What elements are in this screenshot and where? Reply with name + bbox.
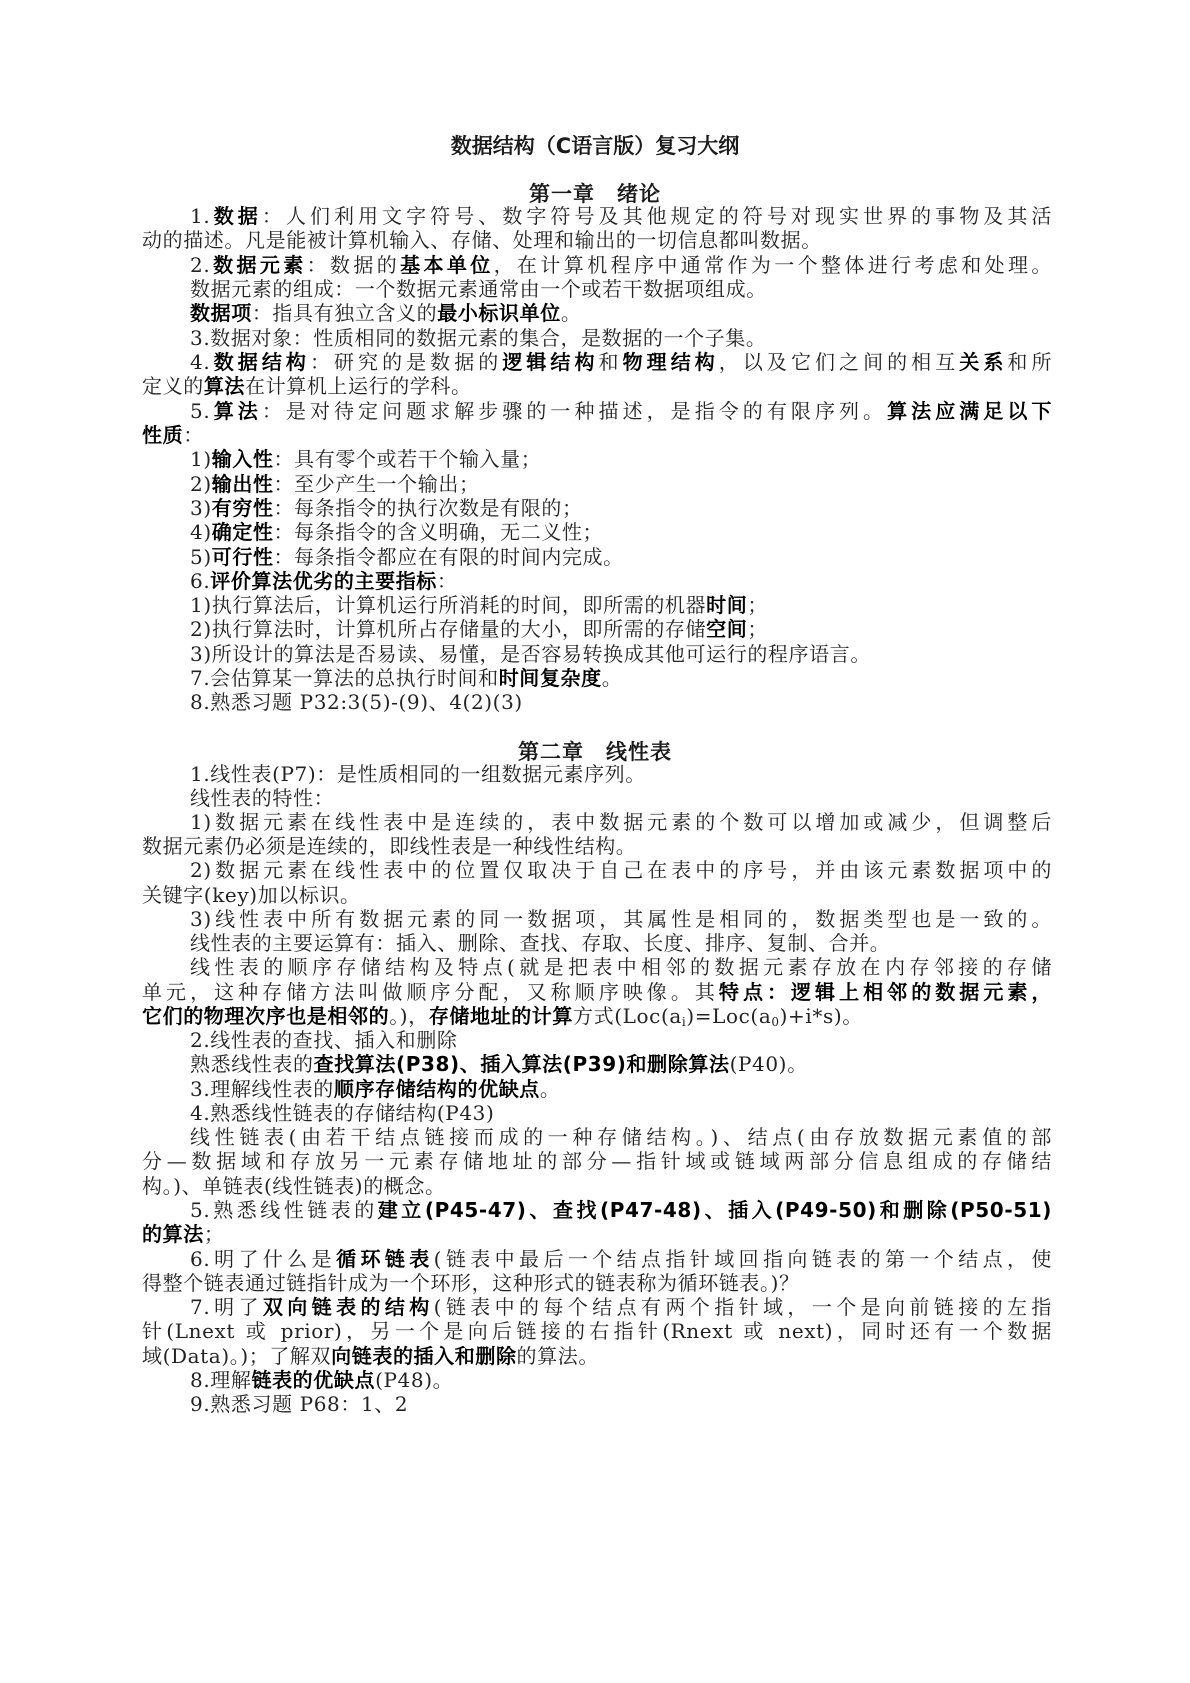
text-line: 1)数据元素在线性表中是连续的，表中数据元素的个数可以增加或减少，但调整后 xyxy=(190,810,1052,834)
text-line: 6.评价算法优劣的主要指标： xyxy=(190,569,1052,593)
text: 。)， xyxy=(389,1004,429,1028)
bold-text: 建立(P45-47)、查找(P47-48)、插入(P49-50)和删除(P50-… xyxy=(378,1198,1052,1222)
text: 数据元素仍必须是连续的，即线性表是一种线性结构。 xyxy=(142,834,636,858)
bold-text: 数据项 xyxy=(190,301,252,325)
text-line: 域(Data)。)；了解双向链表的插入和删除的算法。 xyxy=(142,1344,1052,1368)
text: 5. xyxy=(190,399,210,423)
bold-text: 有穷性 xyxy=(212,496,274,520)
text-line: 4.数据结构：研究的是数据的逻辑结构和物理结构，以及它们之间的相互关系和所 xyxy=(190,350,1052,374)
text-line: 5)可行性：每条指令都应在有限的时间内完成。 xyxy=(190,545,1052,569)
text: ：每条指令的执行次数是有限的； xyxy=(274,496,583,520)
bold-text: 时间 xyxy=(706,593,747,617)
text: 7.明了 xyxy=(190,1295,263,1319)
text: ：数据的 xyxy=(307,253,401,277)
text: 3)线性表中所有数据元素的同一数据项，其属性是相同的，数据类型也是一致的。 xyxy=(190,907,1052,931)
bold-text: 输入性 xyxy=(212,447,274,471)
text-line: 熟悉线性表的查找算法(P38)、插入算法(P39)和删除算法(P40)。 xyxy=(190,1052,1052,1076)
text: 4. xyxy=(190,350,210,374)
text: (P48)。 xyxy=(375,1368,453,1392)
text: 线性表的顺序存储结构及特点(就是把表中相邻的数据元素存放在内存邻接的存储 xyxy=(190,955,1052,979)
text-line: 单元，这种存储方法叫做顺序分配，又称顺序映像。其特点：逻辑上相邻的数据元素， xyxy=(142,980,1052,1004)
text: 6. xyxy=(190,569,210,593)
text-line: 针(Lnext 或 prior)，另一个是向后链接的右指针(Rnext 或 ne… xyxy=(142,1319,1052,1343)
bold-text: 它们的物理次序也是相邻的 xyxy=(142,1004,389,1028)
bold-text: 确定性 xyxy=(212,520,274,544)
text-line: 5.算法：是对待定问题求解步骤的一种描述，是指令的有限序列。算法应满足以下 xyxy=(190,399,1052,423)
text: 线性表的主要运算有：插入、删除、查找、存取、长度、排序、复制、合并。 xyxy=(190,931,890,955)
text: ，以及它们之间的相互 xyxy=(719,350,959,374)
text: 数据元素的组成：一个数据元素通常由一个或若干数据项组成。 xyxy=(190,277,767,301)
text: ； xyxy=(747,617,768,641)
text: ：研究的是数据的 xyxy=(310,350,502,374)
text: 5) xyxy=(190,545,212,569)
text-line: 8.熟悉习题 P32:3(5)-(9)、4(2)(3) xyxy=(190,690,1052,714)
text-line: 7.会估算某一算法的总执行时间和时间复杂度。 xyxy=(190,666,1052,690)
text: ：指具有独立含义的 xyxy=(252,301,437,325)
text: 9.熟悉习题 P68：1、2 xyxy=(190,1392,408,1416)
text: 和 xyxy=(599,350,623,374)
bold-text: 特点：逻辑上相邻的数据元素， xyxy=(719,980,1052,1004)
text: 构。)、单链表(线性链表)的概念。 xyxy=(142,1174,446,1198)
text-line: 线性表的顺序存储结构及特点(就是把表中相邻的数据元素存放在内存邻接的存储 xyxy=(190,955,1052,979)
text: 。 xyxy=(540,1077,561,1101)
text-line: 1.线性表(P7)：是性质相同的一组数据元素序列。 xyxy=(190,762,1052,786)
text: ：每条指令的含义明确，无二义性； xyxy=(274,520,604,544)
text-line: 8.理解链表的优缺点(P48)。 xyxy=(190,1368,1052,1392)
bold-text: 循环链表 xyxy=(336,1247,434,1271)
bold-text: 逻辑结构 xyxy=(502,350,598,374)
text-line: 9.熟悉习题 P68：1、2 xyxy=(190,1392,1052,1416)
text: 8.理解 xyxy=(190,1368,251,1392)
text: 针(Lnext 或 prior)，另一个是向后链接的右指针(Rnext 或 ne… xyxy=(142,1319,1052,1343)
text-line: 构。)、单链表(线性链表)的概念。 xyxy=(142,1174,1052,1198)
bold-text: 存储地址的计算 xyxy=(429,1004,573,1028)
bold-text: 链表的优缺点 xyxy=(251,1368,375,1392)
text: 6.明了什么是 xyxy=(190,1247,336,1271)
bold-text: 输出性 xyxy=(212,472,274,496)
text: ： xyxy=(437,569,458,593)
text: 5.熟悉线性链表的 xyxy=(190,1198,378,1222)
text: 和所 xyxy=(1007,350,1052,374)
text-line: 4.熟悉线性链表的存储结构(P43) xyxy=(190,1101,1052,1125)
text: 1. xyxy=(190,204,210,228)
bold-text: 顺序存储结构的优缺点 xyxy=(334,1077,540,1101)
text: 3.数据对象：性质相同的数据元素的集合，是数据的一个子集。 xyxy=(190,326,766,350)
text-line: 2)执行算法时，计算机所占存储量的大小，即所需的存储空间； xyxy=(190,617,1052,641)
text-line: 的算法； xyxy=(142,1222,1052,1246)
text: )=Loc(a xyxy=(686,1004,771,1028)
text-line: 3)有穷性：每条指令的执行次数是有限的； xyxy=(190,496,1052,520)
text-line: 1)输入性：具有零个或若干个输入量； xyxy=(190,447,1052,471)
text: 3.理解线性表的 xyxy=(190,1077,334,1101)
text: 7.会估算某一算法的总执行时间和 xyxy=(190,666,499,690)
text: 得整个链表通过链指针成为一个环形，这种形式的链表称为循环链表。)？ xyxy=(142,1271,800,1295)
text: 的算法。 xyxy=(517,1344,599,1368)
text-line: 线性链表(由若干结点链接而成的一种存储结构。)、结点(由存放数据元素值的部 xyxy=(190,1125,1052,1149)
text-line: 5.熟悉线性链表的建立(P45-47)、查找(P47-48)、插入(P49-50… xyxy=(190,1198,1052,1222)
bold-text: 向链表的插入和删除 xyxy=(331,1344,516,1368)
text-line: 1.数据：人们利用文字符号、数字符号及其他规定的符号对现实世界的事物及其活 xyxy=(190,204,1052,228)
text: 。 xyxy=(602,666,623,690)
text: )+i*s)。 xyxy=(780,1004,863,1028)
bold-text: 查找算法(P38)、插入算法(P39)和删除算法 xyxy=(314,1052,730,1076)
text: 线性链表(由若干结点链接而成的一种存储结构。)、结点(由存放数据元素值的部 xyxy=(190,1125,1052,1149)
bold-text: 可行性 xyxy=(212,545,274,569)
text: 2)执行算法时，计算机所占存储量的大小，即所需的存储 xyxy=(190,617,706,641)
bold-text: 算法应满足以下 xyxy=(887,399,1052,423)
text-line: 分—数据域和存放另一元素存储地址的部分—指针域或链域两部分信息组成的存储结 xyxy=(142,1149,1052,1173)
text: 2.线性表的查找、插入和删除 xyxy=(190,1028,457,1052)
document-title: 数据结构（C语言版）复习大纲 xyxy=(0,130,1190,160)
text-line: 2.线性表的查找、插入和删除 xyxy=(190,1028,1052,1052)
text-line: 数据元素仍必须是连续的，即线性表是一种线性结构。 xyxy=(142,834,1052,858)
text: 定义的 xyxy=(142,374,204,398)
text: (P40)。 xyxy=(730,1052,808,1076)
text-line: 动的描述。凡是能被计算机输入、存储、处理和输出的一切信息都叫数据。 xyxy=(142,228,1052,252)
text: 分—数据域和存放另一元素存储地址的部分—指针域或链域两部分信息组成的存储结 xyxy=(142,1149,1052,1173)
text: 关键字(key)加以标识。 xyxy=(142,883,361,907)
text: ：每条指令都应在有限的时间内完成。 xyxy=(274,545,624,569)
text: ：是对待定问题求解步骤的一种描述，是指令的有限序列。 xyxy=(262,399,887,423)
text: 线性表的特性： xyxy=(190,786,334,810)
bold-text: 评价算法优劣的主要指标 xyxy=(210,569,437,593)
bold-text: 时间复杂度 xyxy=(499,666,602,690)
text: ； xyxy=(204,1222,225,1246)
bold-text: 物理结构 xyxy=(623,350,719,374)
text: 在计算机上运行的学科。 xyxy=(245,374,472,398)
bold-text: 最小标识单位 xyxy=(437,301,561,325)
text: ：人们利用文字符号、数字符号及其他规定的符号对现实世界的事物及其活 xyxy=(262,204,1052,228)
text-line: 7.明了双向链表的结构(链表中的每个结点有两个指针域，一个是向前链接的左指 xyxy=(190,1295,1052,1319)
text-line: 4)确定性：每条指令的含义明确，无二义性； xyxy=(190,520,1052,544)
text-line: 3)线性表中所有数据元素的同一数据项，其属性是相同的，数据类型也是一致的。 xyxy=(190,907,1052,931)
text: 4.熟悉线性链表的存储结构(P43) xyxy=(190,1101,494,1125)
text-line: 3.理解线性表的顺序存储结构的优缺点。 xyxy=(190,1077,1052,1101)
text: 8.熟悉习题 P32:3(5)-(9)、4(2)(3) xyxy=(190,690,523,714)
text: ，在计算机程序中通常作为一个整体进行考虑和处理。 xyxy=(494,253,1052,277)
text-line: 定义的算法在计算机上运行的学科。 xyxy=(142,374,1052,398)
text: 熟悉线性表的 xyxy=(190,1052,314,1076)
text-line: 3)所设计的算法是否易读、易懂，是否容易转换成其他可运行的程序语言。 xyxy=(190,642,1052,666)
text-line: 数据项：指具有独立含义的最小标识单位。 xyxy=(190,301,1052,325)
subscript: 0 xyxy=(771,1015,779,1029)
text-line: 线性表的主要运算有：插入、删除、查找、存取、长度、排序、复制、合并。 xyxy=(190,931,1052,955)
text: 1)数据元素在线性表中是连续的，表中数据元素的个数可以增加或减少，但调整后 xyxy=(190,810,1052,834)
text: ：具有零个或若干个输入量； xyxy=(274,447,542,471)
text-line: 6.明了什么是循环链表(链表中最后一个结点指针域回指向链表的第一个结点，使 xyxy=(190,1247,1052,1271)
text: 动的描述。凡是能被计算机输入、存储、处理和输出的一切信息都叫数据。 xyxy=(142,228,822,252)
text: 单元，这种存储方法叫做顺序分配，又称顺序映像。其 xyxy=(142,980,719,1004)
text: 1.线性表(P7)：是性质相同的一组数据元素序列。 xyxy=(190,762,646,786)
bold-text: 数据元素 xyxy=(210,253,306,277)
text: 方式(Loc(a xyxy=(573,1004,682,1028)
text: 域(Data)。)；了解双 xyxy=(142,1344,331,1368)
text: ：至少产生一个输出； xyxy=(274,472,480,496)
text: ： xyxy=(183,423,204,447)
text-line: 性质： xyxy=(142,423,1052,447)
text-line: 3.数据对象：性质相同的数据元素的集合，是数据的一个子集。 xyxy=(190,326,1052,350)
bold-text: 双向链表的结构 xyxy=(263,1295,434,1319)
bold-text: 算法 xyxy=(204,374,245,398)
text: ； xyxy=(747,593,768,617)
text-line: 2)输出性：至少产生一个输出； xyxy=(190,472,1052,496)
text: 2)数据元素在线性表中的位置仅取决于自己在表中的序号，并由该元素数据项中的 xyxy=(190,858,1052,882)
text: 4) xyxy=(190,520,212,544)
bold-text: 算法 xyxy=(210,399,262,423)
text: 3) xyxy=(190,496,212,520)
text-line: 关键字(key)加以标识。 xyxy=(142,883,1052,907)
text-line: 数据元素的组成：一个数据元素通常由一个或若干数据项组成。 xyxy=(190,277,1052,301)
bold-text: 的算法 xyxy=(142,1222,204,1246)
text: 2) xyxy=(190,472,212,496)
bold-text: 基本单位 xyxy=(400,253,494,277)
text-line: 2)数据元素在线性表中的位置仅取决于自己在表中的序号，并由该元素数据项中的 xyxy=(190,858,1052,882)
text: (链表中最后一个结点指针域回指向链表的第一个结点，使 xyxy=(434,1247,1052,1271)
bold-text: 数据结构 xyxy=(210,350,310,374)
text: 1)执行算法后，计算机运行所消耗的时间，即所需的机器 xyxy=(190,593,706,617)
text-line: 1)执行算法后，计算机运行所消耗的时间，即所需的机器时间； xyxy=(190,593,1052,617)
bold-text: 关系 xyxy=(959,350,1007,374)
text-line: 线性表的特性： xyxy=(190,786,1052,810)
document-page: 数据结构（C语言版）复习大纲 第一章 绪论 1.数据：人们利用文字符号、数字符号… xyxy=(0,0,1190,1683)
text: 3)所设计的算法是否易读、易懂，是否容易转换成其他可运行的程序语言。 xyxy=(190,642,871,666)
text: 。 xyxy=(561,301,582,325)
text: 2. xyxy=(190,253,210,277)
text-line: 2.数据元素：数据的基本单位，在计算机程序中通常作为一个整体进行考虑和处理。 xyxy=(190,253,1052,277)
bold-text: 空间 xyxy=(706,617,747,641)
text: (链表中的每个结点有两个指针域，一个是向前链接的左指 xyxy=(434,1295,1052,1319)
text-line: 得整个链表通过链指针成为一个环形，这种形式的链表称为循环链表。)？ xyxy=(142,1271,1052,1295)
bold-text: 数据 xyxy=(210,204,262,228)
bold-text: 性质 xyxy=(142,423,183,447)
text: 1) xyxy=(190,447,212,471)
